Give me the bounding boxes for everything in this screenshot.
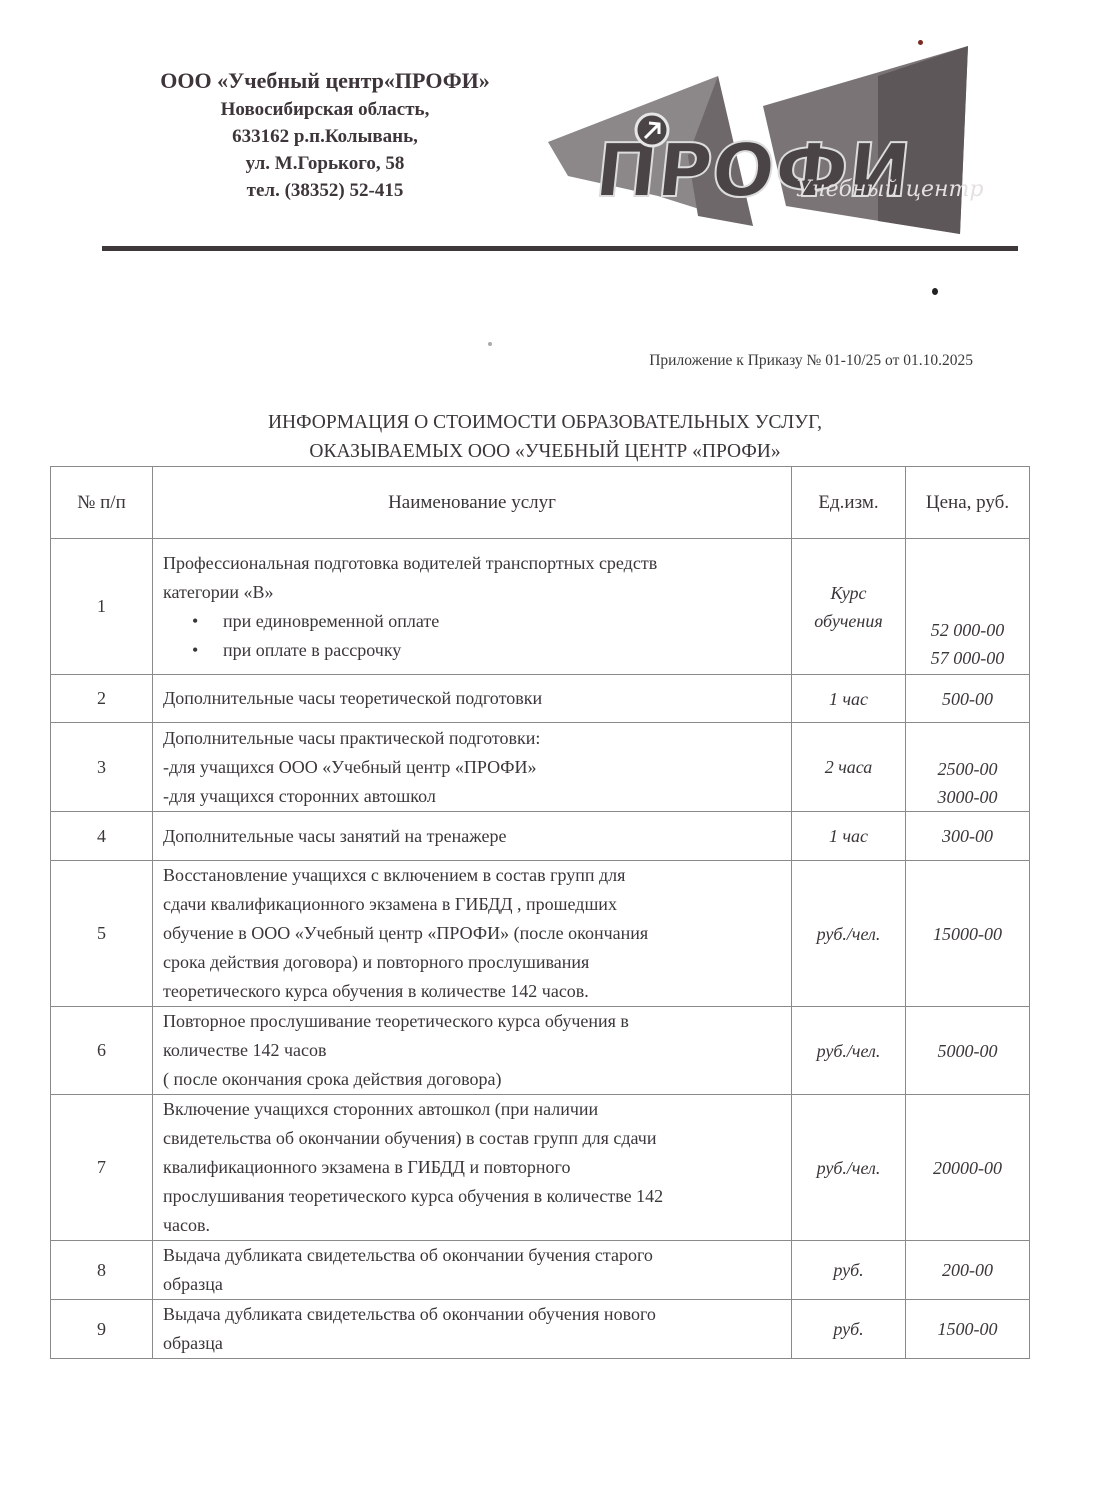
service-name-line: -для учащихся сторонних автошкол: [163, 782, 781, 811]
service-name: Выдача дубликата свидетельства об оконча…: [153, 1241, 792, 1300]
table-row: 1Профессиональная подготовка водителей т…: [51, 539, 1030, 675]
service-name: Дополнительные часы теоретической подгот…: [153, 675, 792, 723]
table-row: 4Дополнительные часы занятий на тренажер…: [51, 812, 1030, 861]
service-name-line: свидетельства об окончании обучения) в с…: [163, 1124, 781, 1153]
price-value: 57 000-00: [906, 644, 1029, 672]
address-line: 633162 р.п.Колывань,: [100, 123, 550, 150]
service-name-line: Повторное прослушивание теоретического к…: [163, 1007, 781, 1036]
unit-line: руб./чел.: [792, 1154, 905, 1182]
unit-line: 1 час: [792, 685, 905, 713]
address-line: Новосибирская область,: [100, 96, 550, 123]
unit-line: руб.: [792, 1315, 905, 1343]
price: 52 000-0057 000-00: [906, 539, 1030, 675]
row-number: 3: [51, 723, 153, 812]
service-name-line: Дополнительные часы теоретической подгот…: [163, 684, 781, 713]
organization-name: ООО «Учебный центр«ПРОФИ»: [100, 66, 550, 96]
price-value: 5000-00: [906, 1037, 1029, 1065]
service-name-line: количестве 142 часов: [163, 1036, 781, 1065]
table-row: 8Выдача дубликата свидетельства об оконч…: [51, 1241, 1030, 1300]
price: 15000-00: [906, 861, 1030, 1007]
column-header-service: Наименование услуг: [153, 467, 792, 539]
price: 20000-00: [906, 1095, 1030, 1241]
service-name: Профессиональная подготовка водителей тр…: [153, 539, 792, 675]
price: 1500-00: [906, 1300, 1030, 1359]
arrow-circle-icon: [636, 114, 668, 146]
scan-speck: [932, 288, 938, 295]
service-name-line: прослушивания теоретического курса обуче…: [163, 1182, 781, 1211]
row-number: 7: [51, 1095, 153, 1241]
organization-block: ООО «Учебный центр«ПРОФИ» Новосибирская …: [100, 66, 550, 204]
row-number: 5: [51, 861, 153, 1007]
service-name-line: обучение в ООО «Учебный центр «ПРОФИ» (п…: [163, 919, 781, 948]
table-row: 3Дополнительные часы практической подгот…: [51, 723, 1030, 812]
column-header-price: Цена, руб.: [906, 467, 1030, 539]
service-name-line: квалификационного экзамена в ГИБДД и пов…: [163, 1153, 781, 1182]
row-number: 2: [51, 675, 153, 723]
phone-line: тел. (38352) 52-415: [100, 177, 550, 204]
row-number: 4: [51, 812, 153, 861]
unit-of-measure: Курсобучения: [792, 539, 906, 675]
service-name-line: Выдача дубликата свидетельства об оконча…: [163, 1241, 781, 1270]
service-name-line: категории «В»: [163, 578, 781, 607]
unit-of-measure: 1 час: [792, 812, 906, 861]
price-value: 3000-00: [906, 783, 1029, 811]
payment-options-list: при единовременной оплатепри оплате в ра…: [163, 607, 781, 665]
service-name-line: срока действия договора) и повторного пр…: [163, 948, 781, 977]
header-separator: [102, 246, 1018, 251]
unit-of-measure: руб.: [792, 1300, 906, 1359]
service-name: Включение учащихся сторонних автошкол (п…: [153, 1095, 792, 1241]
price-value: 15000-00: [906, 920, 1029, 948]
service-name-line: часов.: [163, 1211, 781, 1240]
document-title: ИНФОРМАЦИЯ О СТОИМОСТИ ОБРАЗОВАТЕЛЬНЫХ У…: [200, 408, 890, 466]
price-value: 2500-00: [906, 755, 1029, 783]
unit-of-measure: руб./чел.: [792, 1095, 906, 1241]
unit-of-measure: руб./чел.: [792, 1007, 906, 1095]
row-number: 8: [51, 1241, 153, 1300]
profi-logo: ПРОФИ Учебный центр: [548, 36, 988, 246]
unit-of-measure: руб./чел.: [792, 861, 906, 1007]
service-name-line: Выдача дубликата свидетельства об оконча…: [163, 1300, 781, 1329]
title-line: ИНФОРМАЦИЯ О СТОИМОСТИ ОБРАЗОВАТЕЛЬНЫХ У…: [200, 408, 890, 437]
price: 5000-00: [906, 1007, 1030, 1095]
price-value: 300-00: [906, 822, 1029, 850]
unit-line: руб./чел.: [792, 1037, 905, 1065]
payment-option: при единовременной оплате: [223, 607, 781, 636]
row-number: 1: [51, 539, 153, 675]
unit-of-measure: 2 часа: [792, 723, 906, 812]
service-name-line: Дополнительные часы занятий на тренажере: [163, 822, 781, 851]
service-name: Выдача дубликата свидетельства об оконча…: [153, 1300, 792, 1359]
table-row: 9Выдача дубликата свидетельства об оконч…: [51, 1300, 1030, 1359]
service-name-line: Включение учащихся сторонних автошкол (п…: [163, 1095, 781, 1124]
column-header-number: № п/п: [51, 467, 153, 539]
price-value: 200-00: [906, 1256, 1029, 1284]
unit-of-measure: 1 час: [792, 675, 906, 723]
service-name-line: ( после окончания срока действия договор…: [163, 1065, 781, 1094]
unit-line: руб.: [792, 1256, 905, 1284]
service-name-line: -для учащихся ООО «Учебный центр «ПРОФИ»: [163, 753, 781, 782]
table-row: 7Включение учащихся сторонних автошкол (…: [51, 1095, 1030, 1241]
service-name: Восстановление учащихся с включением в с…: [153, 861, 792, 1007]
appendix-note: Приложение к Приказу № 01-10/25 от 01.10…: [560, 352, 973, 370]
service-name-line: сдачи квалификационного экзамена в ГИБДД…: [163, 890, 781, 919]
title-line: ОКАЗЫВАЕМЫХ ООО «УЧЕБНЫЙ ЦЕНТР «ПРОФИ»: [200, 437, 890, 466]
service-name-line: Профессиональная подготовка водителей тр…: [163, 549, 781, 578]
table-row: 6Повторное прослушивание теоретического …: [51, 1007, 1030, 1095]
unit-of-measure: руб.: [792, 1241, 906, 1300]
price-value: 500-00: [906, 685, 1029, 713]
service-name: Дополнительные часы практической подгото…: [153, 723, 792, 812]
service-name: Повторное прослушивание теоретического к…: [153, 1007, 792, 1095]
scan-speck: [488, 342, 492, 346]
service-name-line: образца: [163, 1329, 781, 1358]
logo-tagline: Учебный центр: [796, 177, 983, 202]
payment-option: при оплате в рассрочку: [223, 636, 781, 665]
unit-line: 1 час: [792, 822, 905, 850]
table-row: 2Дополнительные часы теоретической подго…: [51, 675, 1030, 723]
address-line: ул. М.Горького, 58: [100, 150, 550, 177]
unit-line: руб./чел.: [792, 920, 905, 948]
unit-line: Курс: [792, 579, 905, 607]
row-number: 9: [51, 1300, 153, 1359]
table-header-row: № п/п Наименование услуг Ед.изм. Цена, р…: [51, 467, 1030, 539]
table-row: 5Восстановление учащихся с включением в …: [51, 861, 1030, 1007]
service-name: Дополнительные часы занятий на тренажере: [153, 812, 792, 861]
price: 300-00: [906, 812, 1030, 861]
column-header-unit: Ед.изм.: [792, 467, 906, 539]
scan-speck: [918, 40, 923, 45]
price-value: 52 000-00: [906, 616, 1029, 644]
service-name-line: теоретического курса обучения в количест…: [163, 977, 781, 1006]
service-name-line: Дополнительные часы практической подгото…: [163, 724, 781, 753]
price: 500-00: [906, 675, 1030, 723]
price-value: 20000-00: [906, 1154, 1029, 1182]
unit-line: 2 часа: [792, 753, 905, 781]
row-number: 6: [51, 1007, 153, 1095]
price-table: № п/п Наименование услуг Ед.изм. Цена, р…: [50, 466, 1030, 1359]
service-name-line: Восстановление учащихся с включением в с…: [163, 861, 781, 890]
price-value: 1500-00: [906, 1315, 1029, 1343]
price: 200-00: [906, 1241, 1030, 1300]
unit-line: обучения: [792, 607, 905, 635]
price: 2500-003000-00: [906, 723, 1030, 812]
service-name-line: образца: [163, 1270, 781, 1299]
